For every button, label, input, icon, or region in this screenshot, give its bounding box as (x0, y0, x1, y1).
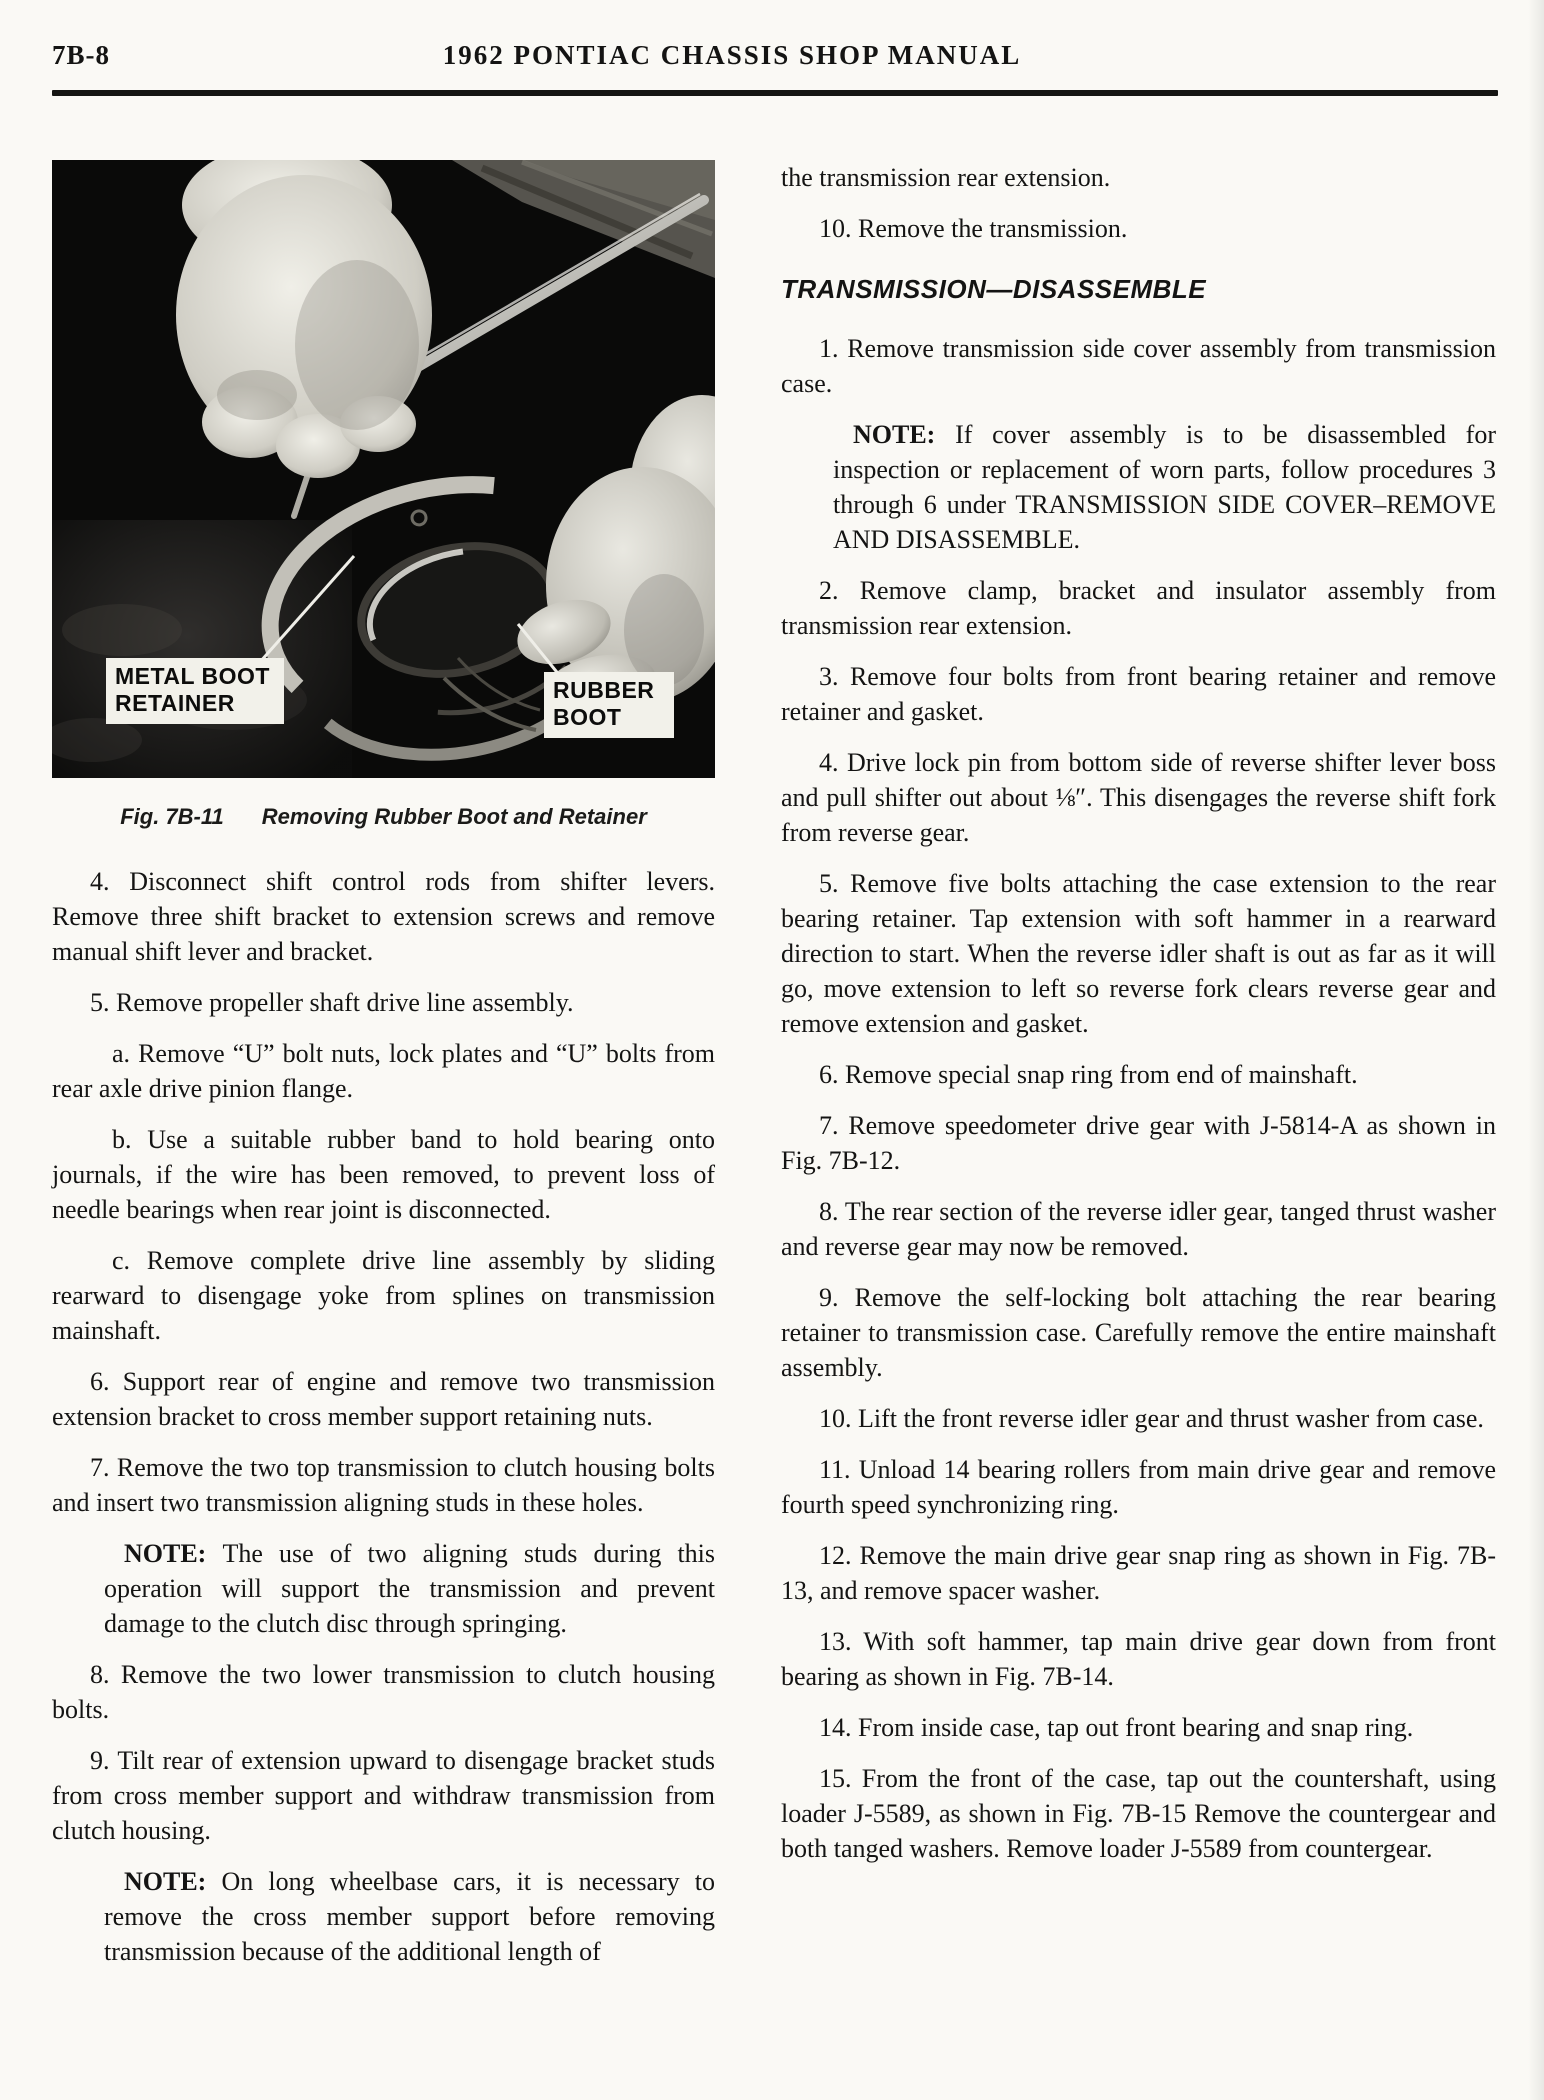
step-paragraph: 11. Unload 14 bearing rollers from main … (781, 1452, 1496, 1522)
step-paragraph: 7. Remove the two top transmission to cl… (52, 1450, 715, 1520)
step-paragraph: 9. Remove the self-locking bolt attachin… (781, 1280, 1496, 1385)
note-paragraph: NOTE: On long wheelbase cars, it is nece… (104, 1864, 715, 1969)
step-paragraph: 13. With soft hammer, tap main drive gea… (781, 1624, 1496, 1694)
substep-paragraph: a. Remove “U” bolt nuts, lock plates and… (52, 1036, 715, 1106)
substep-paragraph: c. Remove complete drive line assembly b… (52, 1243, 715, 1348)
step-paragraph: 2. Remove clamp, bracket and insulator a… (781, 573, 1496, 643)
left-column: METAL BOOT RETAINER RUBBER BOOT Fig. 7B-… (52, 160, 715, 1985)
substep-paragraph: b. Use a suitable rubber band to hold be… (52, 1122, 715, 1227)
right-column: the transmission rear extension.10. Remo… (781, 160, 1496, 1882)
step-paragraph: 8. Remove the two lower transmission to … (52, 1657, 715, 1727)
figure-label-rubber-boot: RUBBER BOOT (544, 672, 674, 738)
note-paragraph: NOTE: The use of two aligning studs duri… (104, 1536, 715, 1641)
step-paragraph: 7. Remove speedometer drive gear with J-… (781, 1108, 1496, 1178)
step-paragraph: 4. Disconnect shift control rods from sh… (52, 864, 715, 969)
left-column-text: 4. Disconnect shift control rods from sh… (52, 864, 715, 1969)
manual-page: 7B-8 1962 PONTIAC CHASSIS SHOP MANUAL (0, 0, 1544, 2100)
note-prefix: NOTE: (124, 1867, 221, 1896)
note-prefix: NOTE: (853, 420, 955, 449)
step-paragraph: 6. Remove special snap ring from end of … (781, 1057, 1496, 1092)
step-paragraph: 12. Remove the main drive gear snap ring… (781, 1538, 1496, 1608)
step-paragraph: 4. Drive lock pin from bottom side of re… (781, 745, 1496, 850)
step-paragraph: 6. Support rear of engine and remove two… (52, 1364, 715, 1434)
figure-caption: Fig. 7B-11Removing Rubber Boot and Retai… (52, 804, 715, 830)
step-paragraph: 10. Remove the transmission. (781, 211, 1496, 246)
step-paragraph: 3. Remove four bolts from front bearing … (781, 659, 1496, 729)
continuation-paragraph: the transmission rear extension. (781, 160, 1496, 195)
right-column-text: the transmission rear extension.10. Remo… (781, 160, 1496, 1866)
note-paragraph: NOTE: If cover assembly is to be disasse… (833, 417, 1496, 557)
figure-photo: METAL BOOT RETAINER RUBBER BOOT (52, 160, 715, 778)
two-column-layout: METAL BOOT RETAINER RUBBER BOOT Fig. 7B-… (0, 96, 1544, 1985)
heading-paragraph: TRANSMISSION—DISASSEMBLE (781, 272, 1496, 307)
figure-caption-number: Fig. 7B-11 (120, 804, 224, 829)
step-paragraph: 9. Tilt rear of extension upward to dise… (52, 1743, 715, 1848)
figure-caption-text: Removing Rubber Boot and Retainer (262, 804, 647, 829)
step-paragraph: 5. Remove five bolts attaching the case … (781, 866, 1496, 1041)
page-title: 1962 PONTIAC CHASSIS SHOP MANUAL (0, 40, 1464, 71)
page-header: 7B-8 1962 PONTIAC CHASSIS SHOP MANUAL (0, 0, 1544, 96)
note-prefix: NOTE: (124, 1539, 222, 1568)
step-paragraph: 14. From inside case, tap out front bear… (781, 1710, 1496, 1745)
step-paragraph: 15. From the front of the case, tap out … (781, 1761, 1496, 1866)
step-paragraph: 8. The rear section of the reverse idler… (781, 1194, 1496, 1264)
step-paragraph: 5. Remove propeller shaft drive line ass… (52, 985, 715, 1020)
step-paragraph: 10. Lift the front reverse idler gear an… (781, 1401, 1496, 1436)
figure-label-metal-boot-retainer: METAL BOOT RETAINER (106, 658, 284, 724)
header-rule (52, 90, 1498, 96)
step-paragraph: 1. Remove transmission side cover assemb… (781, 331, 1496, 401)
